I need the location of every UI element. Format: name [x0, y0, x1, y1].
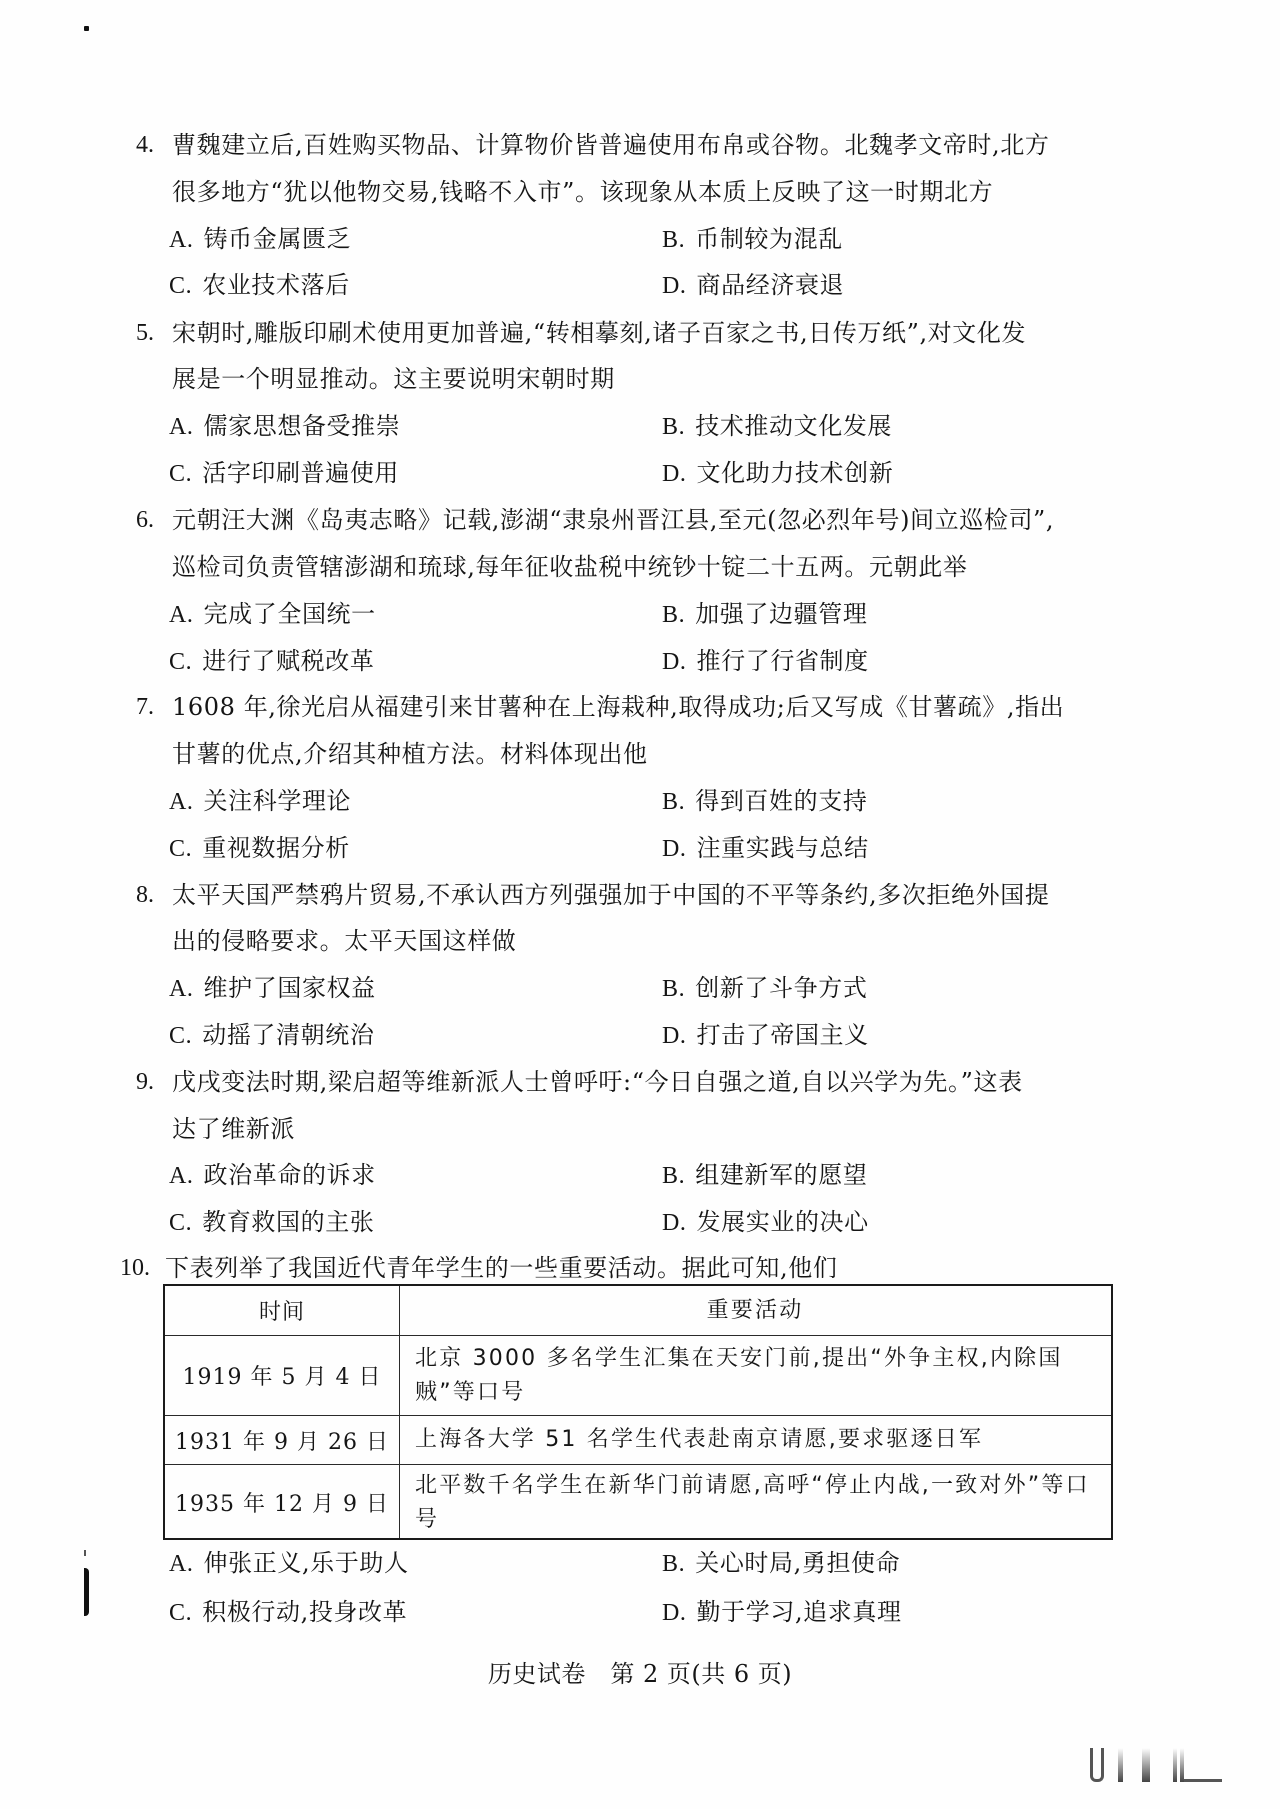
option-d[interactable]: D.打击了帝国主义: [662, 1020, 869, 1051]
page-footer: 历史试卷 第 2 页(共 6 页): [0, 1654, 1280, 1689]
cell-activity: 上海各大学 51 名学生代表赴南京请愿,要求驱逐日军: [415, 1416, 1097, 1464]
scan-mark: [84, 1550, 86, 1556]
option-a[interactable]: A.伸张正义,乐于助人: [169, 1548, 409, 1579]
scan-mark: [84, 26, 89, 31]
question-number: 8.: [136, 880, 154, 910]
option-b[interactable]: B.创新了斗争方式: [662, 973, 867, 1004]
option-b[interactable]: B.技术推动文化发展: [662, 411, 892, 442]
cell-date: 1935 年 12 月 9 日: [165, 1465, 399, 1540]
question-text-line: 展是一个明显推动。这主要说明宋朝时期: [172, 364, 615, 394]
header-activity: 重要活动: [399, 1286, 1111, 1335]
cell-activity: 北京 3000 多名学生汇集在天安门前,提出“外争主权,内除国贼”等口号: [415, 1336, 1097, 1415]
cell-activity: 北平数千名学生在新华门前请愿,高呼“停止内战,一致对外”等口号: [415, 1465, 1097, 1540]
table-row: 1931 年 9 月 26 日 上海各大学 51 名学生代表赴南京请愿,要求驱逐…: [165, 1415, 1111, 1464]
option-b[interactable]: B.加强了边疆管理: [662, 599, 867, 630]
option-a[interactable]: A.维护了国家权益: [169, 973, 376, 1004]
option-c[interactable]: C.进行了赋税改革: [169, 646, 374, 677]
exam-page: 4. 曹魏建立后,百姓购买物品、计算物价皆普遍使用布帛或谷物。北魏孝文帝时,北方…: [0, 0, 1280, 1809]
option-b[interactable]: B.组建新军的愿望: [662, 1160, 867, 1191]
question-text-line: 达了维新派: [172, 1114, 295, 1144]
question-text-line: 曹魏建立后,百姓购买物品、计算物价皆普遍使用布帛或谷物。北魏孝文帝时,北方: [172, 130, 1049, 160]
cell-date: 1931 年 9 月 26 日: [165, 1416, 399, 1464]
header-time: 时间: [165, 1286, 399, 1335]
question-text-line: 戊戌变法时期,梁启超等维新派人士曾呼吁:“今日自强之道,自以兴学为先。”这表: [172, 1067, 1023, 1097]
question-text-line: 元朝汪大渊《岛夷志略》记载,澎湖“隶泉州晋江县,至元(忽必烈年号)间立巡检司”,: [172, 505, 1054, 535]
question-number: 9.: [136, 1067, 154, 1097]
option-b[interactable]: B.关心时局,勇担使命: [662, 1548, 900, 1579]
question-number: 7.: [136, 692, 154, 722]
watermark-logo: [1030, 1742, 1260, 1782]
option-b[interactable]: B.币制较为混乱: [662, 224, 843, 255]
cell-date: 1919 年 5 月 4 日: [165, 1336, 399, 1415]
question-number: 6.: [136, 505, 154, 535]
option-b[interactable]: B.得到百姓的支持: [662, 786, 867, 817]
option-d[interactable]: D.发展实业的决心: [662, 1207, 869, 1238]
option-c[interactable]: C.活字印刷普遍使用: [169, 458, 399, 489]
question-text-line: 很多地方“犹以他物交易,钱略不入市”。该现象从本质上反映了这一时期北方: [172, 177, 993, 207]
option-c[interactable]: C.动摇了清朝统治: [169, 1020, 374, 1051]
question-number: 4.: [136, 130, 154, 160]
option-d[interactable]: D.推行了行省制度: [662, 646, 869, 677]
question-number: 5.: [136, 318, 154, 348]
question-text-line: 太平天国严禁鸦片贸易,不承认西方列强强加于中国的不平等条约,多次拒绝外国提: [172, 880, 1049, 910]
option-a[interactable]: A.关注科学理论: [169, 786, 351, 817]
option-c[interactable]: C.农业技术落后: [169, 270, 350, 301]
option-d[interactable]: D.注重实践与总结: [662, 833, 869, 864]
question-number: 10.: [120, 1253, 150, 1283]
question-text-line: 巡检司负责管辖澎湖和琉球,每年征收盐税中统钞十锭二十五两。元朝此举: [172, 552, 967, 582]
table-row: 1919 年 5 月 4 日 北京 3000 多名学生汇集在天安门前,提出“外争…: [165, 1335, 1111, 1415]
binding-mark: [84, 1568, 89, 1616]
question-text-line: 甘薯的优点,介绍其种植方法。材料体现出他: [172, 739, 648, 769]
option-c[interactable]: C.教育救国的主张: [169, 1207, 374, 1238]
question-text-line: 出的侵略要求。太平天国这样做: [172, 926, 516, 956]
option-a[interactable]: A.铸币金属匮乏: [169, 224, 351, 255]
option-d[interactable]: D.勤于学习,追求真理: [662, 1597, 902, 1628]
activities-table: 时间 重要活动 1919 年 5 月 4 日 北京 3000 多名学生汇集在天安…: [163, 1284, 1113, 1540]
table-header-row: 时间 重要活动: [165, 1286, 1111, 1335]
option-a[interactable]: A.完成了全国统一: [169, 599, 376, 630]
option-c[interactable]: C.积极行动,投身改革: [169, 1597, 407, 1628]
question-text-line: 1608 年,徐光启从福建引来甘薯种在上海栽种,取得成功;后又写成《甘薯疏》,指…: [172, 692, 1064, 722]
question-text-line: 下表列举了我国近代青年学生的一些重要活动。据此可知,他们: [165, 1253, 837, 1283]
option-d[interactable]: D.文化助力技术创新: [662, 458, 893, 489]
option-a[interactable]: A.儒家思想备受推崇: [169, 411, 400, 442]
option-d[interactable]: D.商品经济衰退: [662, 270, 844, 301]
question-text-line: 宋朝时,雕版印刷术使用更加普遍,“转相摹刻,诸子百家之书,日传万纸”,对文化发: [172, 318, 1026, 348]
table-row: 1935 年 12 月 9 日 北平数千名学生在新华门前请愿,高呼“停止内战,一…: [165, 1464, 1111, 1540]
option-a[interactable]: A.政治革命的诉求: [169, 1160, 376, 1191]
option-c[interactable]: C.重视数据分析: [169, 833, 350, 864]
